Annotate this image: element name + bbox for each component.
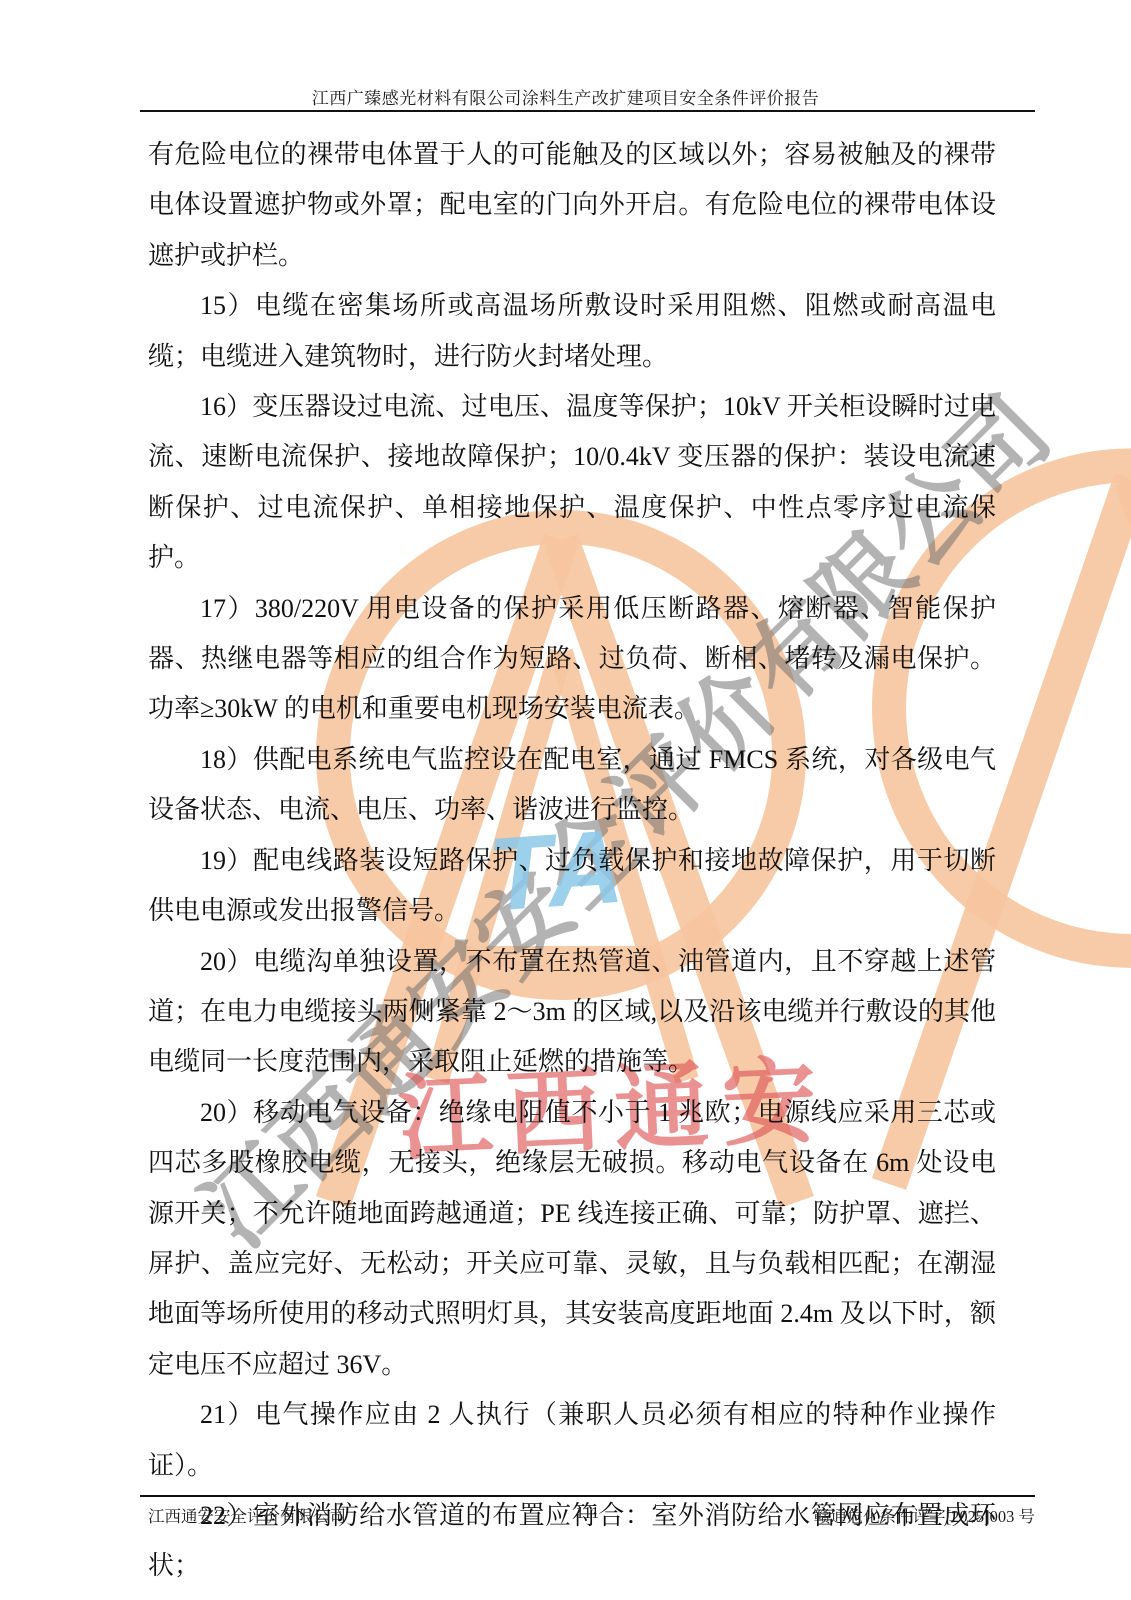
paragraph: 21）电气操作应由 2 人执行（兼职人员必须有相应的特种作业操作证）。 [148,1390,996,1491]
page-header-title: 江西广臻感光材料有限公司涂料生产改扩建项目安全条件评价报告 [0,84,1131,109]
paragraph: 19）配电线路装设短路保护、过负载保护和接地故障保护，用于切断供电电源或发出报警… [148,836,996,937]
document-page: 江西通安安全评价有限公司 TA 江西通安 江西广臻感光材料有限公司涂料生产改扩建… [0,0,1131,1600]
paragraph: 17）380/220V 用电设备的保护采用低压断路器、熔断器、智能保护器、热继电… [148,584,996,735]
paragraph: 有危险电位的裸带电体置于人的可能触及的区域以外；容易被触及的裸带电体设置遮护物或… [148,130,996,281]
paragraph: 20）移动电气设备：绝缘电阻值不小于 1 兆欧；电源线应采用三芯或四芯多股橡胶电… [148,1088,996,1390]
paragraph: 20）电缆沟单独设置，不布置在热管道、油管道内，且不穿越上述管道；在电力电缆接头… [148,937,996,1088]
paragraph: 18）供配电系统电气监控设在配电室，通过 FMCS 系统，对各级电气设备状态、电… [148,735,996,836]
footer-doc-number: 赣通危化条件评字[2025]003 号 [814,1503,1035,1527]
paragraph: 16）变压器设过电流、过电压、温度等保护；10kV 开关柜设瞬时过电流、速断电流… [148,382,996,584]
body-text: 有危险电位的裸带电体置于人的可能触及的区域以外；容易被触及的裸带电体设置遮护物或… [148,130,996,1592]
footer-rule [140,1495,1035,1497]
header-rule [140,110,1035,112]
content-layer: 江西广臻感光材料有限公司涂料生产改扩建项目安全条件评价报告 有危险电位的裸带电体… [0,0,1131,1600]
paragraph: 15）电缆在密集场所或高温场所敷设时采用阻燃、阻燃或耐高温电缆；电缆进入建筑物时… [148,281,996,382]
